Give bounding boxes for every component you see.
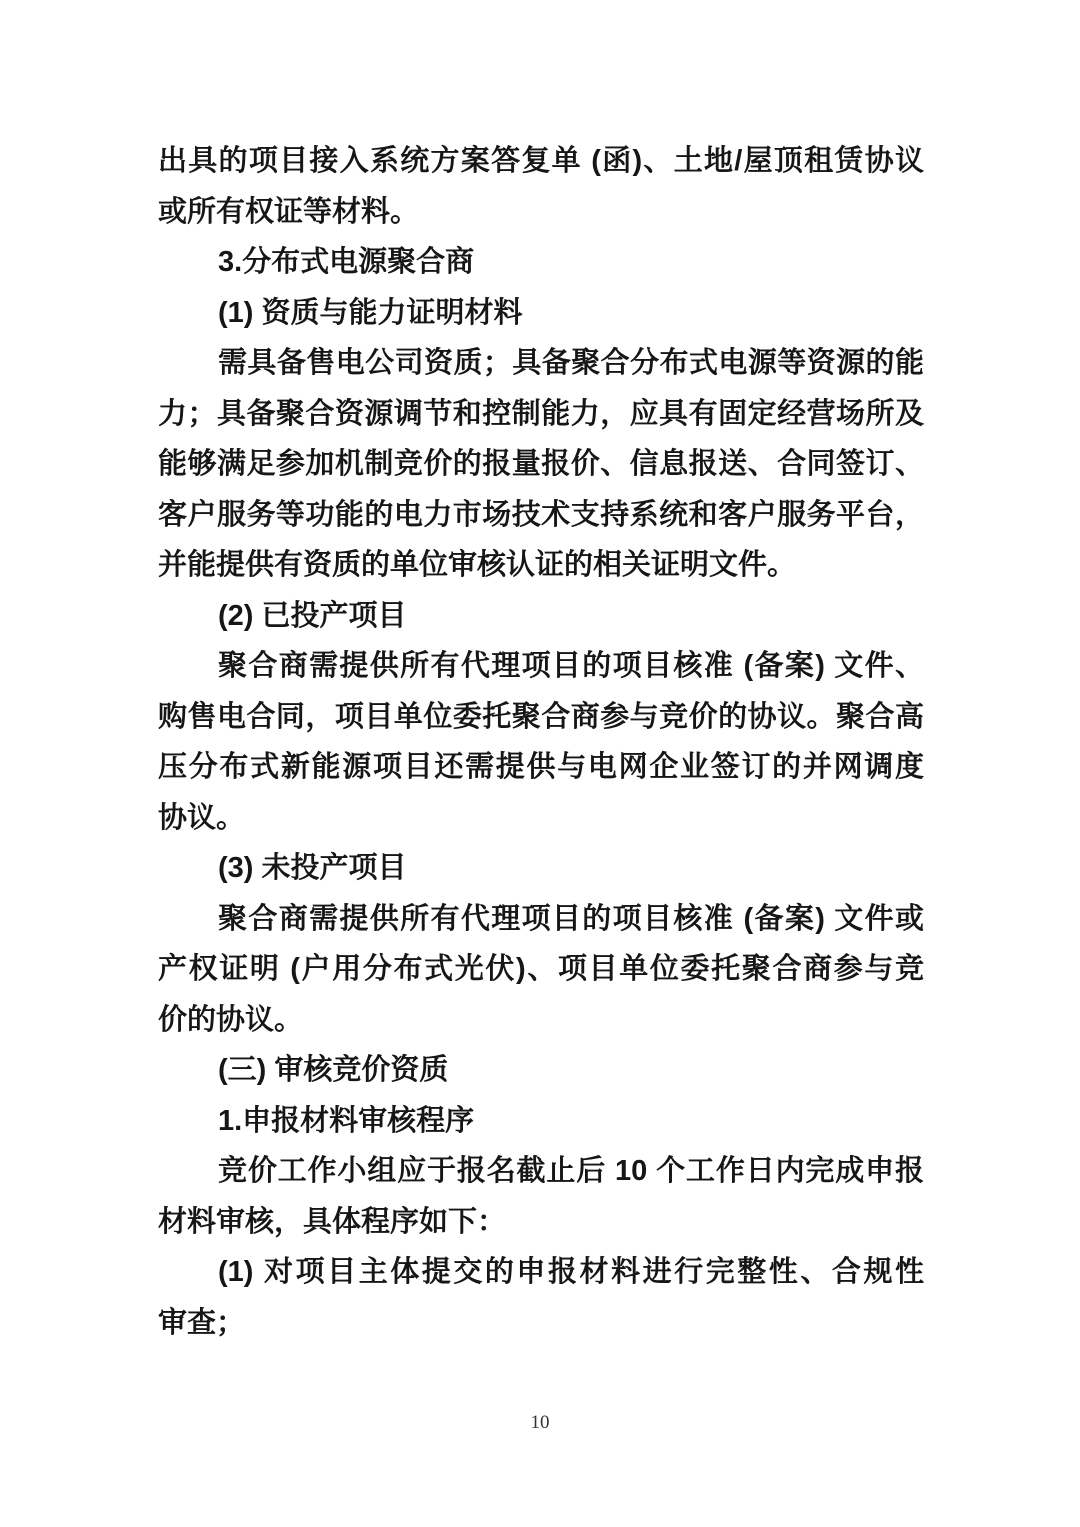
text-line: (1) 对项目主体提交的申报材料进行完整性、合规性 <box>158 1247 924 1298</box>
text-line: 出具的项目接入系统方案答复单 (函)、土地/屋顶租赁协议 <box>158 136 924 187</box>
text-line: (三) 审核竞价资质 <box>158 1045 924 1096</box>
text-line: (1) 资质与能力证明材料 <box>158 288 924 339</box>
text-line: 压分布式新能源项目还需提供与电网企业签订的并网调度 <box>158 742 924 793</box>
document-body: 出具的项目接入系统方案答复单 (函)、土地/屋顶租赁协议或所有权证等材料。3.分… <box>158 136 924 1348</box>
text-line: 需具备售电公司资质；具备聚合分布式电源等资源的能 <box>158 338 924 389</box>
document-page: 出具的项目接入系统方案答复单 (函)、土地/屋顶租赁协议或所有权证等材料。3.分… <box>0 0 1080 1527</box>
text-line: 1.申报材料审核程序 <box>158 1096 924 1147</box>
page-number: 10 <box>0 1412 1080 1434</box>
text-line: 协议。 <box>158 793 924 844</box>
text-line: 购售电合同，项目单位委托聚合商参与竞价的协议。聚合高 <box>158 692 924 743</box>
text-line: 客户服务等功能的电力市场技术支持系统和客户服务平台， <box>158 490 924 541</box>
text-line: 产权证明 (户用分布式光伏)、项目单位委托聚合商参与竞 <box>158 944 924 995</box>
text-line: 能够满足参加机制竞价的报量报价、信息报送、合同签订、 <box>158 439 924 490</box>
text-line: 聚合商需提供所有代理项目的项目核准 (备案) 文件、 <box>158 641 924 692</box>
text-line: 并能提供有资质的单位审核认证的相关证明文件。 <box>158 540 924 591</box>
text-line: 3.分布式电源聚合商 <box>158 237 924 288</box>
text-line: (3) 未投产项目 <box>158 843 924 894</box>
text-line: 力；具备聚合资源调节和控制能力，应具有固定经营场所及 <box>158 389 924 440</box>
text-line: (2) 已投产项目 <box>158 591 924 642</box>
text-line: 价的协议。 <box>158 995 924 1046</box>
text-line: 审查； <box>158 1298 924 1349</box>
text-line: 竞价工作小组应于报名截止后 10 个工作日内完成申报 <box>158 1146 924 1197</box>
text-line: 材料审核，具体程序如下： <box>158 1197 924 1248</box>
text-line: 聚合商需提供所有代理项目的项目核准 (备案) 文件或 <box>158 894 924 945</box>
text-line: 或所有权证等材料。 <box>158 187 924 238</box>
